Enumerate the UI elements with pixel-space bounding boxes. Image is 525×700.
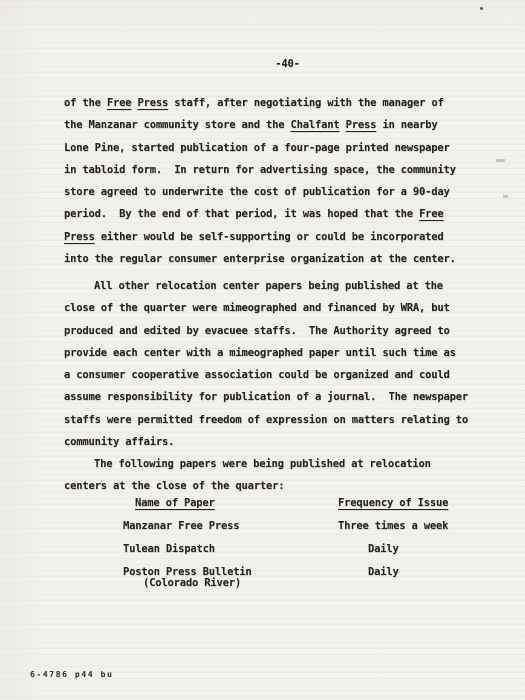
text-line: produced and edited by evacuee staffs. T…	[64, 320, 494, 342]
text-line: of the Free Press staff, after negotiati…	[64, 92, 494, 114]
text-line: All other relocation center papers being…	[64, 275, 494, 297]
column-header-frequency: Frequency of Issue	[338, 497, 448, 509]
text-line: Lone Pine, started publication of a four…	[64, 137, 494, 159]
text-segment: staff, after negotiating with the manage…	[168, 97, 443, 109]
text-segment: The following papers were being publishe…	[94, 458, 431, 470]
text-segment: in nearby	[376, 119, 437, 131]
text-line: The following papers were being publishe…	[64, 453, 494, 475]
text-segment: centers at the close of the quarter:	[64, 480, 284, 492]
text-line: Press either would be self-supporting or…	[64, 226, 494, 248]
text-line: a consumer cooperative association could…	[64, 364, 494, 386]
text-line: centers at the close of the quarter:	[64, 475, 494, 497]
underlined-text: Free	[107, 97, 132, 109]
footer-reference-code: 6-4786 p44 bu	[30, 670, 113, 679]
page-number: -40-	[50, 58, 525, 70]
text-line: assume responsibility for publication of…	[64, 386, 494, 408]
text-line: staffs were permitted freedom of express…	[64, 409, 494, 431]
text-line: close of the quarter were mimeographed a…	[64, 297, 494, 319]
text-segment: in tabloid form. In return for advertisi…	[64, 164, 456, 176]
column-header-name-of-paper: Name of Paper	[135, 497, 215, 509]
text-segment: a consumer cooperative association could…	[64, 369, 450, 381]
text-segment: Lone Pine, started publication of a four…	[64, 142, 450, 154]
text-segment: either would be self-supporting or could…	[95, 231, 444, 243]
text-line: into the regular consumer enterprise org…	[64, 248, 494, 270]
text-line: provide each center with a mimeographed …	[64, 342, 494, 364]
text-segment: into the regular consumer enterprise org…	[64, 253, 456, 265]
papers-table: Name of Paper Frequency of Issue Manzana…	[64, 497, 494, 600]
text-segment: produced and edited by evacuee staffs. T…	[64, 325, 450, 337]
text-segment: period. By the end of that period, it wa…	[64, 208, 419, 220]
paper-frequency: Daily	[368, 566, 399, 578]
text-line: the Manzanar community store and the Cha…	[64, 114, 494, 136]
text-line: in tabloid form. In return for advertisi…	[64, 159, 494, 181]
underlined-text: Chalfant	[291, 119, 340, 131]
table-row: Poston Press Bulletin (Colorado River) D…	[64, 566, 494, 600]
table-row: Tulean Dispatch Daily	[64, 543, 494, 566]
text-line: period. By the end of that period, it wa…	[64, 203, 494, 225]
paragraph-other-papers: All other relocation center papers being…	[64, 275, 494, 453]
scan-speck	[496, 159, 505, 162]
underlined-text: Press	[346, 119, 377, 131]
table-header-row: Name of Paper Frequency of Issue	[64, 497, 494, 520]
text-segment: assume responsibility for publication of…	[64, 391, 468, 403]
text-segment: close of the quarter were mimeographed a…	[64, 302, 450, 314]
underlined-text: Free	[419, 208, 444, 220]
paper-frequency: Three times a week	[338, 520, 448, 532]
text-segment: staffs were permitted freedom of express…	[64, 414, 468, 426]
paper-name-note: (Colorado River)	[143, 577, 241, 589]
text-segment: of the	[64, 97, 107, 109]
underlined-text: Press	[137, 97, 168, 109]
paper-name: Manzanar Free Press	[123, 520, 239, 532]
paragraph-free-press: of the Free Press staff, after negotiati…	[64, 92, 494, 270]
text-segment: community affairs.	[64, 436, 174, 448]
text-segment: store agreed to underwrite the cost of p…	[64, 186, 450, 198]
underlined-text: Press	[64, 231, 95, 243]
paragraph-intro-table: The following papers were being publishe…	[64, 453, 494, 498]
scan-speck	[480, 7, 483, 10]
document-page: -40- of the Free Press staff, after nego…	[0, 0, 525, 700]
paper-name: Tulean Dispatch	[123, 543, 215, 555]
text-line: store agreed to underwrite the cost of p…	[64, 181, 494, 203]
text-segment: provide each center with a mimeographed …	[64, 347, 456, 359]
scan-speck	[503, 195, 508, 198]
text-line: community affairs.	[64, 431, 494, 453]
table-row: Manzanar Free Press Three times a week	[64, 520, 494, 543]
paper-frequency: Daily	[368, 543, 399, 555]
text-segment: the Manzanar community store and the	[64, 119, 291, 131]
text-segment: All other relocation center papers being…	[94, 280, 443, 292]
